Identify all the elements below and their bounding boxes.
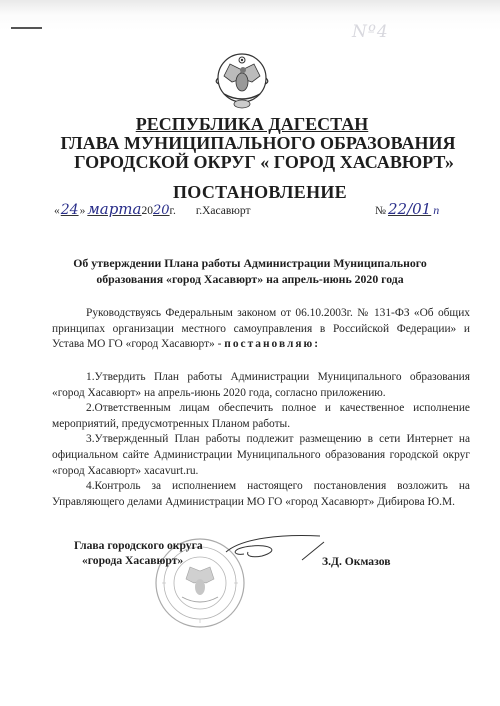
decree-item-4: 4.Контроль за исполнением настоящего пос… xyxy=(52,479,470,510)
decree-item-1: 1.Утвердить План работы Администрации Му… xyxy=(52,370,470,401)
date-open-quote: « xyxy=(54,205,60,217)
scan-mark-line xyxy=(11,27,42,29)
date-number-line: « 24 » марта 20 20 г. г.Хасавюрт № 22/01… xyxy=(54,200,464,218)
header-republic: РЕСПУБЛИКА ДАГЕСТАН xyxy=(2,114,500,135)
signatory-title: Глава городского округа «города Хасавюрт… xyxy=(74,538,203,568)
number-suffix: п xyxy=(433,203,439,218)
date-year-suffix: г. xyxy=(170,205,176,217)
intro-paragraph: Руководствуясь Федеральным законом от 06… xyxy=(52,306,470,353)
date-day: 24 xyxy=(61,202,79,218)
signatory-title-line2: «города Хасавюрт» xyxy=(74,553,203,568)
date-year-printed: 20 xyxy=(141,205,153,217)
decree-word: постановляю: xyxy=(224,338,320,350)
date-month: марта xyxy=(87,200,141,218)
city: г.Хасавюрт xyxy=(196,205,251,217)
handwritten-signature-icon xyxy=(222,530,332,570)
header-glava: ГЛАВА МУНИЦИПАЛЬНОГО ОБРАЗОВАНИЯ xyxy=(8,133,500,154)
document-subject: Об утверждении Плана работы Администраци… xyxy=(40,255,460,287)
number-sign: № xyxy=(375,205,386,217)
dagestan-coat-of-arms-icon xyxy=(210,48,274,112)
decree-items: 1.Утвердить План работы Администрации Му… xyxy=(52,370,470,510)
signatory-name: З.Д. Окмазов xyxy=(322,555,390,568)
decree-item-2: 2.Ответственным лицам обеспечить полное … xyxy=(52,401,470,432)
handwritten-marginal-mark: Nº4 xyxy=(352,22,389,42)
number-value: 22/01 xyxy=(388,200,431,218)
header-okrug: ГОРОДСКОЙ ОКРУГ « ГОРОД ХАСАВЮРТ» xyxy=(14,152,500,173)
document-number: № 22/01 п xyxy=(375,200,439,218)
document-page: Nº4 РЕСПУБЛИКА ДАГЕСТАН ГЛАВА МУНИЦИПАЛЬ… xyxy=(0,0,500,706)
decree-item-3: 3.Утвержденный План работы подлежит разм… xyxy=(52,432,470,479)
date-close-quote: » xyxy=(80,205,86,217)
signatory-title-line1: Глава городского округа xyxy=(74,538,203,553)
date-year-handwritten: 20 xyxy=(153,203,170,218)
